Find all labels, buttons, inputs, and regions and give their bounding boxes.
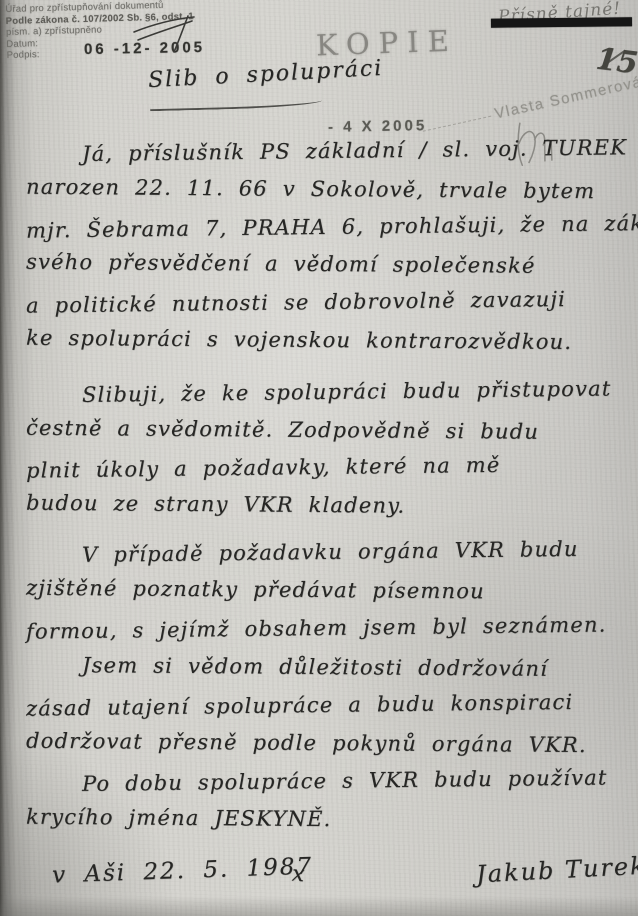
handwritten-line: zásad utajení spolupráce a budu konspira…: [26, 685, 618, 730]
handwritten-line: čestně a svědomitě. Zodpovědně si budu: [26, 410, 618, 452]
redaction-bar: [491, 17, 632, 27]
handwritten-line: ke spolupráci s vojenskou kontrarozvědko…: [26, 321, 618, 363]
footer-mark: x: [291, 862, 305, 888]
title-underline: [150, 99, 322, 111]
handwritten-line: dodržovat přesně podle pokynů orgána VKR…: [26, 724, 618, 766]
stamp-dash-line: [423, 115, 492, 131]
handwritten-line: krycího jména JESKYNĚ.: [26, 799, 618, 841]
handwritten-body: Já, příslušník PS základní / sl. voj. TU…: [26, 134, 618, 839]
handwritten-line: budou ze strany VKR kladeny.: [26, 486, 618, 528]
scanned-document-page: Úřad pro zpřístupňování dokumentů Podle …: [0, 0, 638, 916]
kopie-stamp: KOPIE: [315, 24, 458, 63]
checkmark-icon: [126, 14, 210, 54]
document-title: Slib o spolupráci: [148, 56, 384, 93]
archivist-name: Vlasta Sommerová: [493, 73, 638, 122]
handwritten-line: Po dobu spolupráce s VKR budu používat: [26, 760, 618, 805]
handwritten-line: Jsem si vědom důležitosti dodržování: [26, 648, 618, 690]
handwritten-line: mjr. Šebrama 7, PRAHA 6, prohlašuji, že …: [26, 206, 618, 251]
place-and-date: v Aši 22. 5. 1987: [52, 853, 314, 888]
handwritten-line: narozen 22. 11. 66 v Sokolově, trvale by…: [26, 169, 618, 211]
handwritten-line: Já, příslušník PS základní / sl. voj. TU…: [26, 130, 618, 175]
handwritten-line: svého přesvědčení a vědomí společenské: [26, 245, 618, 287]
handwritten-line: zjištěné poznatky předávat písemnou: [26, 570, 618, 612]
handwritten-line: formou, s jejímž obsahem jsem byl seznám…: [26, 607, 618, 652]
handwritten-line: plnit úkoly a požadavky, které na mě: [26, 447, 618, 492]
signature: Jakub Turek: [475, 852, 638, 889]
handwritten-line: V případě požadavku orgána VKR budu: [26, 531, 618, 576]
handwritten-line: Slibuji, že ke spolupráci budu přistupov…: [26, 371, 618, 416]
handwritten-line: a politické nutnosti se dobrovolně zavaz…: [26, 282, 618, 327]
